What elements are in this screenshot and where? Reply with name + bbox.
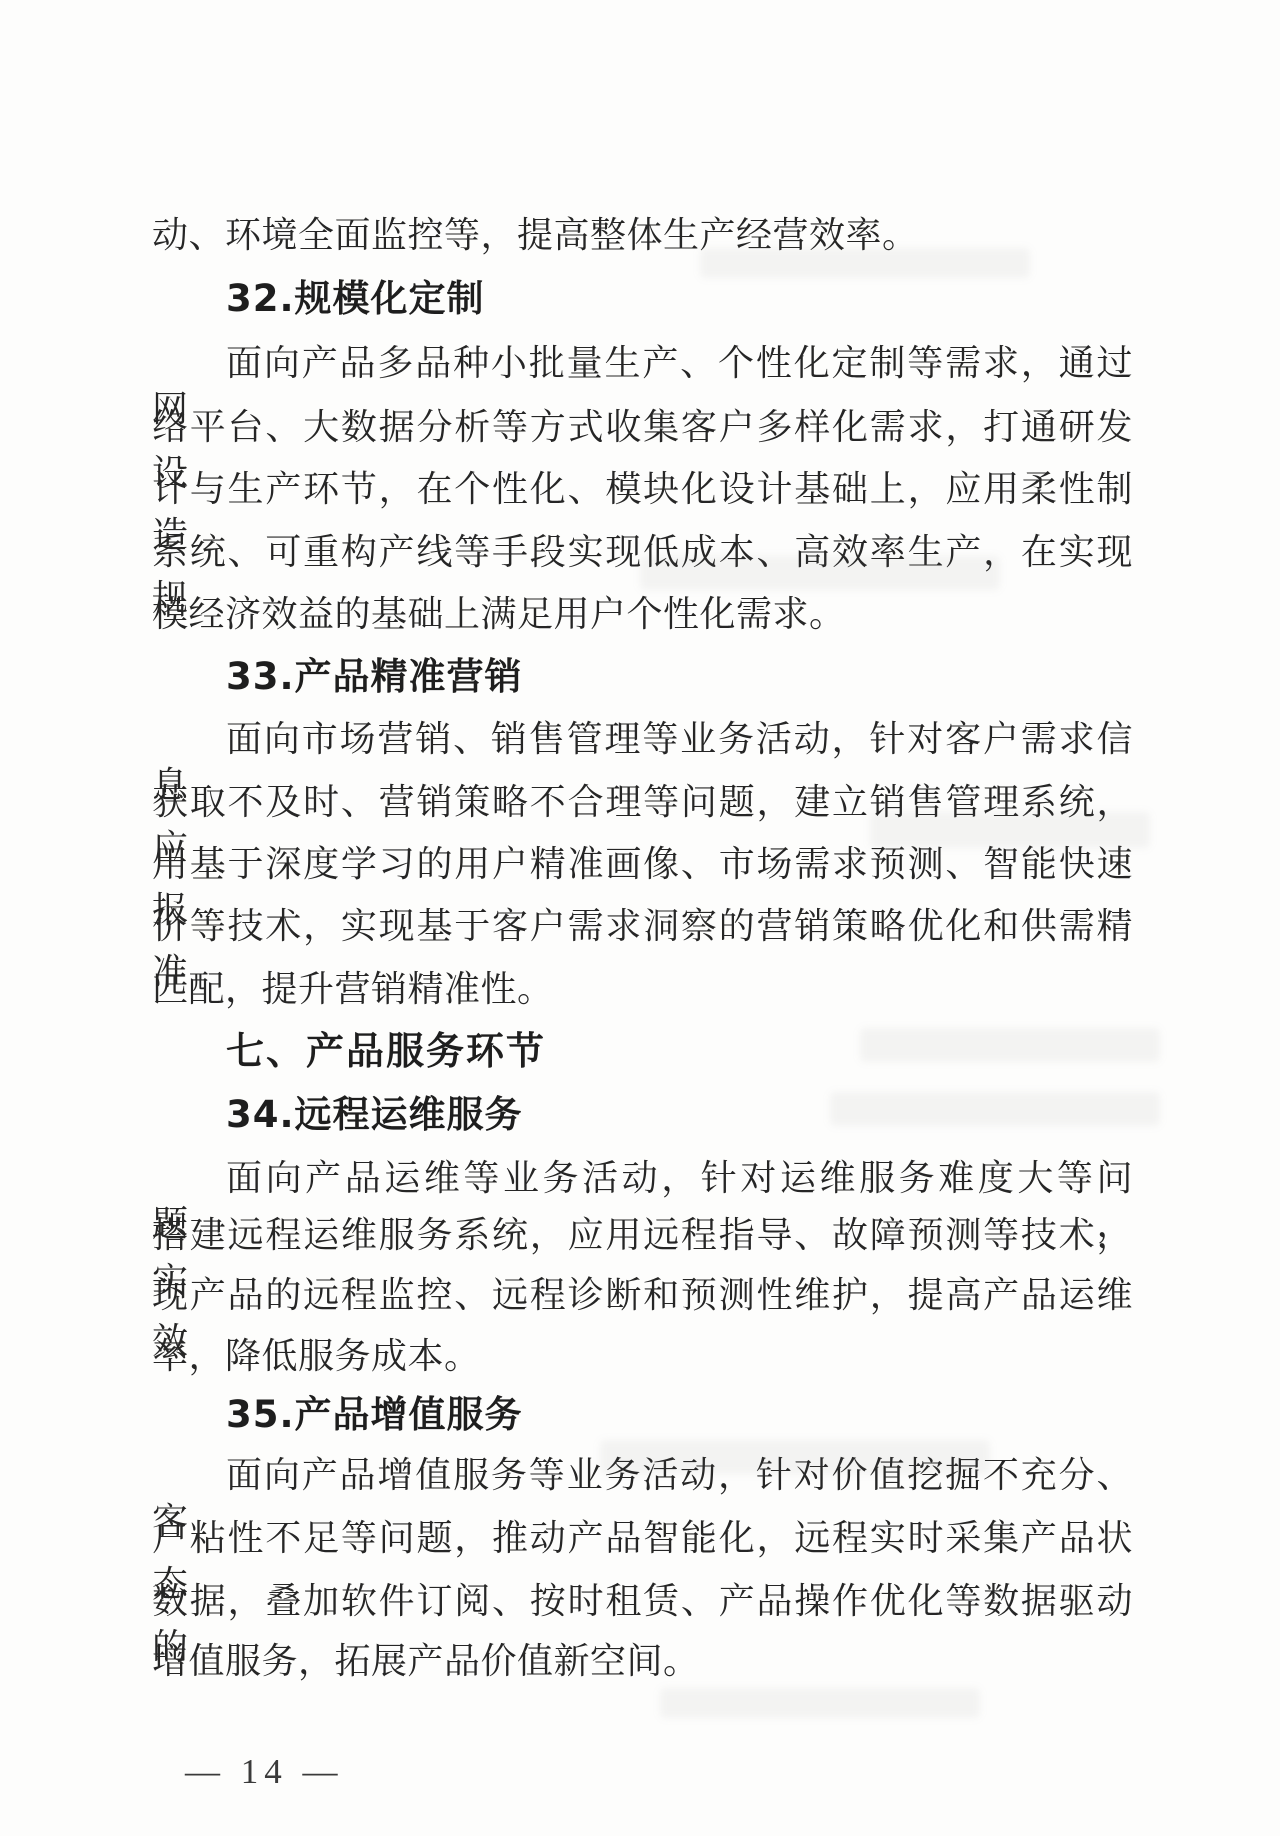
heading-35-value-added-service: 35.产品增值服务 bbox=[152, 1392, 1133, 1440]
body-line: 动、环境全面监控等，提高整体生产经营效率。 bbox=[152, 212, 1133, 260]
body-line: 面向产品增值服务等业务活动，针对价值挖掘不充分、客 bbox=[152, 1452, 1133, 1500]
body-line: 用基于深度学习的用户精准画像、市场需求预测、智能快速报 bbox=[152, 841, 1133, 889]
heading-32-scaled-customization: 32.规模化定制 bbox=[152, 276, 1133, 324]
body-line: 获取不及时、营销策略不合理等问题，建立销售管理系统，应 bbox=[152, 779, 1133, 827]
scanned-document-page: 动、环境全面监控等，提高整体生产经营效率。 32.规模化定制 面向产品多品种小批… bbox=[0, 0, 1280, 1836]
body-line: 面向市场营销、销售管理等业务活动，针对客户需求信息 bbox=[152, 716, 1133, 764]
page-number: — 14 — bbox=[185, 1752, 344, 1792]
heading-34-remote-maintenance: 34.远程运维服务 bbox=[152, 1092, 1133, 1140]
section-heading-7-product-service: 七、产品服务环节 bbox=[152, 1028, 1133, 1076]
bleed-through-artifact bbox=[660, 1688, 980, 1718]
body-line: 现产品的远程监控、远程诊断和预测性维护，提高产品运维效 bbox=[152, 1272, 1133, 1320]
heading-33-precision-marketing: 33.产品精准营销 bbox=[152, 654, 1133, 702]
body-line: 数据，叠加软件订阅、按时租赁、产品操作优化等数据驱动的 bbox=[152, 1578, 1133, 1626]
body-line: 面向产品运维等业务活动，针对运维服务难度大等问题， bbox=[152, 1155, 1133, 1203]
body-line: 价等技术，实现基于客户需求洞察的营销策略优化和供需精准 bbox=[152, 903, 1133, 951]
body-line: 系统、可重构产线等手段实现低成本、高效率生产，在实现规 bbox=[152, 529, 1133, 577]
body-line: 匹配，提升营销精准性。 bbox=[152, 966, 1133, 1014]
body-line: 户粘性不足等问题，推动产品智能化，远程实时采集产品状态 bbox=[152, 1515, 1133, 1563]
body-line: 率，降低服务成本。 bbox=[152, 1333, 1133, 1381]
body-line: 增值服务，拓展产品价值新空间。 bbox=[152, 1638, 1133, 1686]
body-line: 络平台、大数据分析等方式收集客户多样化需求，打通研发设 bbox=[152, 404, 1133, 452]
body-line: 搭建远程运维服务系统，应用远程指导、故障预测等技术，实 bbox=[152, 1212, 1133, 1260]
body-line: 计与生产环节，在个性化、模块化设计基础上，应用柔性制造 bbox=[152, 466, 1133, 514]
body-line: 面向产品多品种小批量生产、个性化定制等需求，通过网 bbox=[152, 340, 1133, 388]
body-line: 模经济效益的基础上满足用户个性化需求。 bbox=[152, 591, 1133, 639]
